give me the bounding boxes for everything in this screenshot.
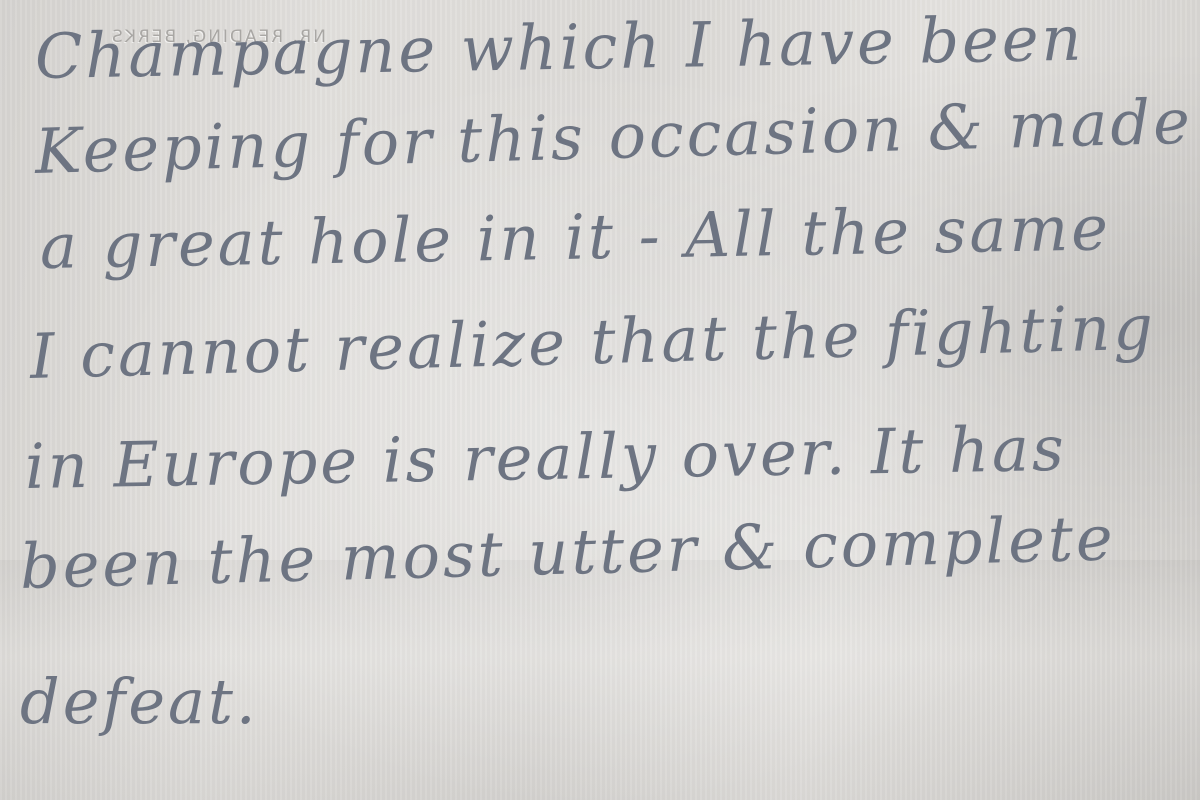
letter-line-7: defeat. [20,665,259,738]
